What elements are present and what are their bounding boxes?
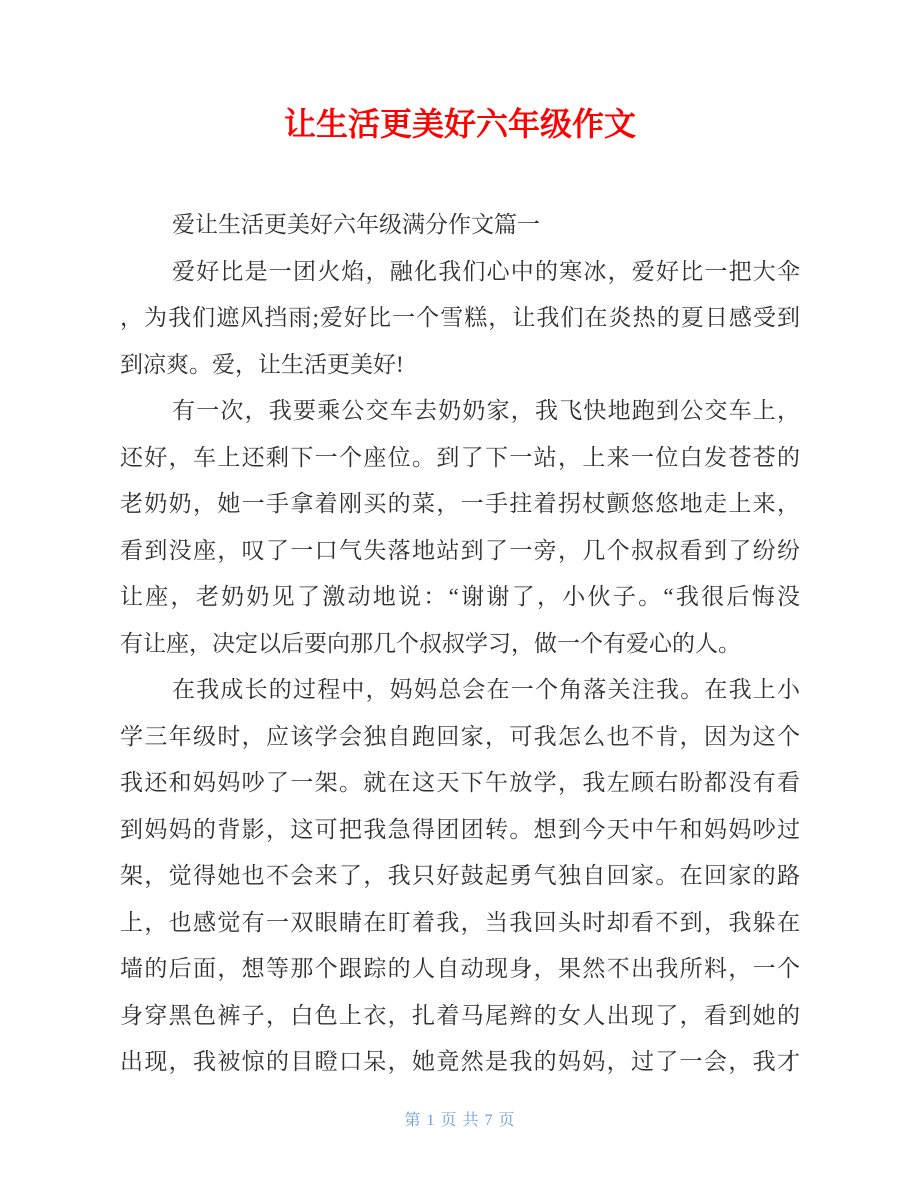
document-title: 让生活更美好六年级作文 [0,100,920,148]
text-line: 架，觉得她也不会来了，我只好鼓起勇气独自回家。在回家的路 [120,853,800,900]
text-line: 有让座，决定以后要向那几个叔叔学习，做一个有爱心的人。 [120,621,800,668]
document-page: 让生活更美好六年级作文 爱让生活更美好六年级满分作文篇一爱好比是一团火焰，融化我… [0,0,920,1191]
text-line: 身穿黑色裤子，白色上衣，扎着马尾辫的女人出现了，看到她的 [120,993,800,1040]
text-line: 还好，车上还剩下一个座位。到了下一站，上来一位白发苍苍的 [120,435,800,482]
text-line: ，为我们遮风挡雨;爱好比一个雪糕，让我们在炎热的夏日感受到 [120,295,800,342]
document-body: 爱让生活更美好六年级满分作文篇一爱好比是一团火焰，融化我们心中的寒冰，爱好比一把… [120,202,800,1086]
text-line: 上，也感觉有一双眼睛在盯着我，当我回头时却看不到，我躲在 [120,900,800,947]
text-line: 看到没座，叹了一口气失落地站到了一旁，几个叔叔看到了纷纷 [120,528,800,575]
text-line: 到凉爽。爱，让生活更美好! [120,342,800,389]
text-line: 我还和妈妈吵了一架。就在这天下午放学，我左顾右盼都没有看 [120,760,800,807]
text-line: 在我成长的过程中，妈妈总会在一个角落关注我。在我上小 [120,667,800,714]
text-line: 出现，我被惊的目瞪口呆，她竟然是我的妈妈，过了一会，我才 [120,1039,800,1086]
text-line: 老奶奶，她一手拿着刚买的菜，一手拄着拐杖颤悠悠地走上来， [120,481,800,528]
text-line: 让座，老奶奶见了激动地说：“谢谢了，小伙子。“我很后悔没 [120,574,800,621]
text-line: 墙的后面，想等那个跟踪的人自动现身，果然不出我所料，一个 [120,946,800,993]
page-footer: 第 1 页 共 7 页 [0,1106,920,1136]
page-number-label: 第 1 页 共 7 页 [404,1112,515,1129]
text-line: 爱让生活更美好六年级满分作文篇一 [120,202,800,249]
text-line: 有一次，我要乘公交车去奶奶家，我飞快地跑到公交车上， [120,388,800,435]
text-line: 到妈妈的背影，这可把我急得团团转。想到今天中午和妈妈吵过 [120,807,800,854]
text-line: 学三年级时，应该学会独自跑回家，可我怎么也不肯，因为这个 [120,714,800,761]
text-line: 爱好比是一团火焰，融化我们心中的寒冰，爱好比一把大伞 [120,249,800,296]
